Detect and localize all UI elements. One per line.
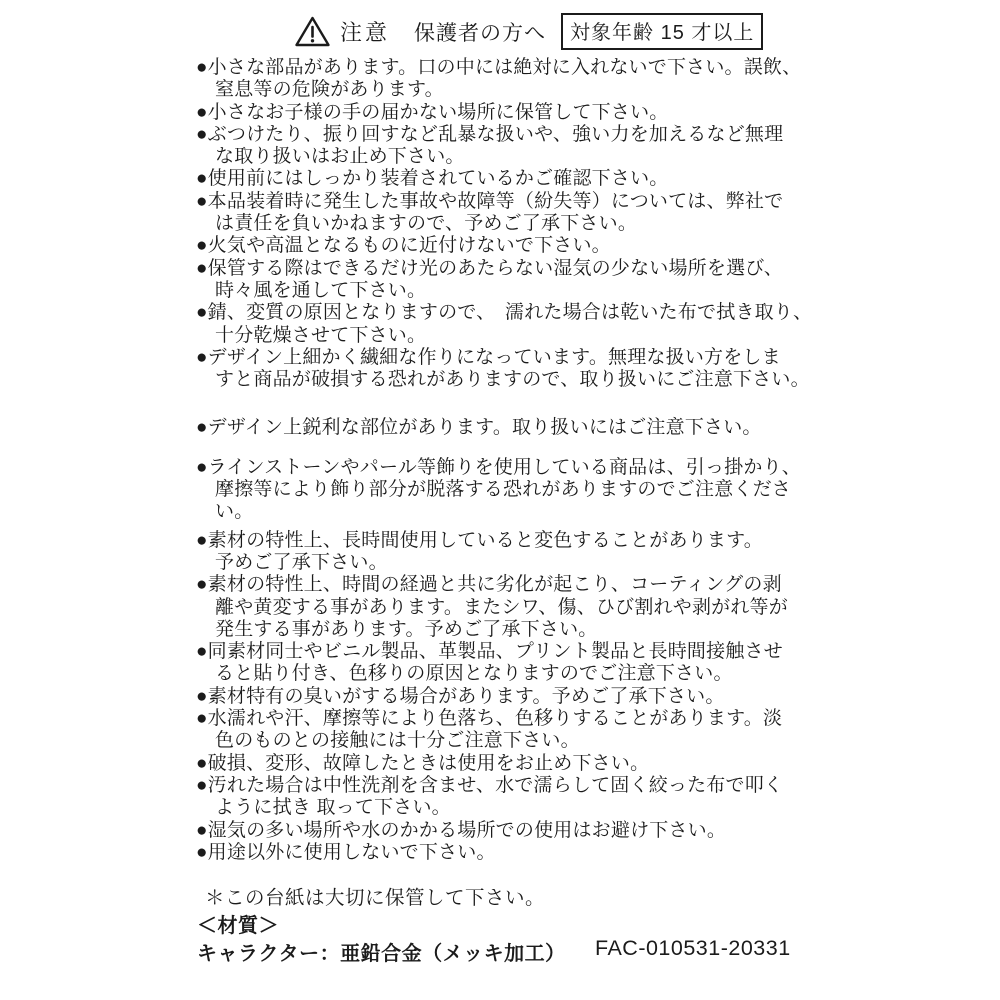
caution-item: ●水濡れや汗、摩擦等により色落ち、色移りすることがあります。淡 色のものとの接触… [196, 708, 856, 753]
caution-item: ●素材の特性上、長時間使用していると変色することがあります。 予めご了承下さい。 [196, 530, 856, 575]
caution-item: ●錆、変質の原因となりますので、 濡れた場合は乾いた布で拭き取り、 十分乾燥させ… [196, 302, 856, 347]
caution-item: ●素材の特性上、時間の経過と共に劣化が起こり、コーティングの剥 離や黄変する事が… [196, 574, 856, 641]
material-section: ＜材質＞ キャラクター：亜鉛合金（メッキ加工） [197, 913, 566, 968]
caution-item: ●素材特有の臭いがする場合があります。予めご了承下さい。 [196, 686, 856, 708]
material-heading: ＜材質＞ [197, 913, 566, 941]
material-value: キャラクター：亜鉛合金（メッキ加工） [197, 941, 566, 969]
caution-item: ●ぶつけたり、振り回すなど乱暴な扱いや、強い力を加えるなど無理 な取り扱いはお止… [196, 124, 856, 169]
caution-item: ●湿気の多い場所や水のかかる場所での使用はお避け下さい。 [196, 820, 856, 842]
age-range-badge: 対象年齢 15 才以上 [561, 13, 763, 50]
warning-triangle-icon [294, 15, 331, 48]
caution-item: ●汚れた場合は中性洗剤を含ませ、水で濡らして固く絞った布で叩く ように拭き 取っ… [196, 775, 856, 820]
caution-item: ●デザイン上鋭利な部位があります。取り扱いにはご注意下さい。 [196, 417, 856, 439]
caution-item: ●本品装着時に発生した事故や故障等（紛失等）については、弊社で は責任を負いかね… [196, 191, 856, 236]
caution-item: ●同素材同士やビニル製品、革製品、プリント製品と長時間接触させ ると貼り付き、色… [196, 641, 856, 686]
caution-item: ●デザイン上細かく繊細な作りになっています。無理な扱い方をしま すと商品が破損す… [196, 347, 856, 392]
caution-sheet: 注意 保護者の方へ 対象年齢 15 才以上 ●小さな部品があります。口の中には絶… [0, 0, 1000, 1000]
caution-item: ●火気や高温となるものに近付けないで下さい。 [196, 235, 856, 257]
caution-label: 注意 [340, 16, 390, 47]
caution-item: ●破損、変形、故障したときは使用をお止め下さい。 [196, 753, 856, 775]
caution-item: ●小さなお子様の手の届かない場所に保管して下さい。 [196, 102, 856, 124]
caution-item: ●用途以外に使用しないで下さい。 [196, 842, 856, 864]
product-code: FAC-010531-20331 [595, 936, 791, 961]
warning-triangle-icon [294, 15, 331, 48]
caution-item: ●小さな部品があります。口の中には絶対に入れないで下さい。誤飲、 窒息等の危険が… [196, 57, 856, 102]
caution-list: ●小さな部品があります。口の中には絶対に入れないで下さい。誤飲、 窒息等の危険が… [196, 57, 856, 864]
audience-label: 保護者の方へ [414, 17, 546, 47]
caution-item: ●ラインストーンやパール等飾りを使用している商品は、引っ掛かり、 摩擦等により飾… [196, 457, 856, 524]
caution-item: ●保管する際はできるだけ光のあたらない湿気の少ない場所を選び、 時々風を通して下… [196, 258, 856, 303]
header: 注意 保護者の方へ 対象年齢 15 才以上 [294, 13, 763, 50]
caution-item: ●使用前にはしっかり装着されているかご確認下さい。 [196, 168, 856, 190]
keep-card-note: ＊この台紙は大切に保管して下さい。 [205, 882, 545, 910]
